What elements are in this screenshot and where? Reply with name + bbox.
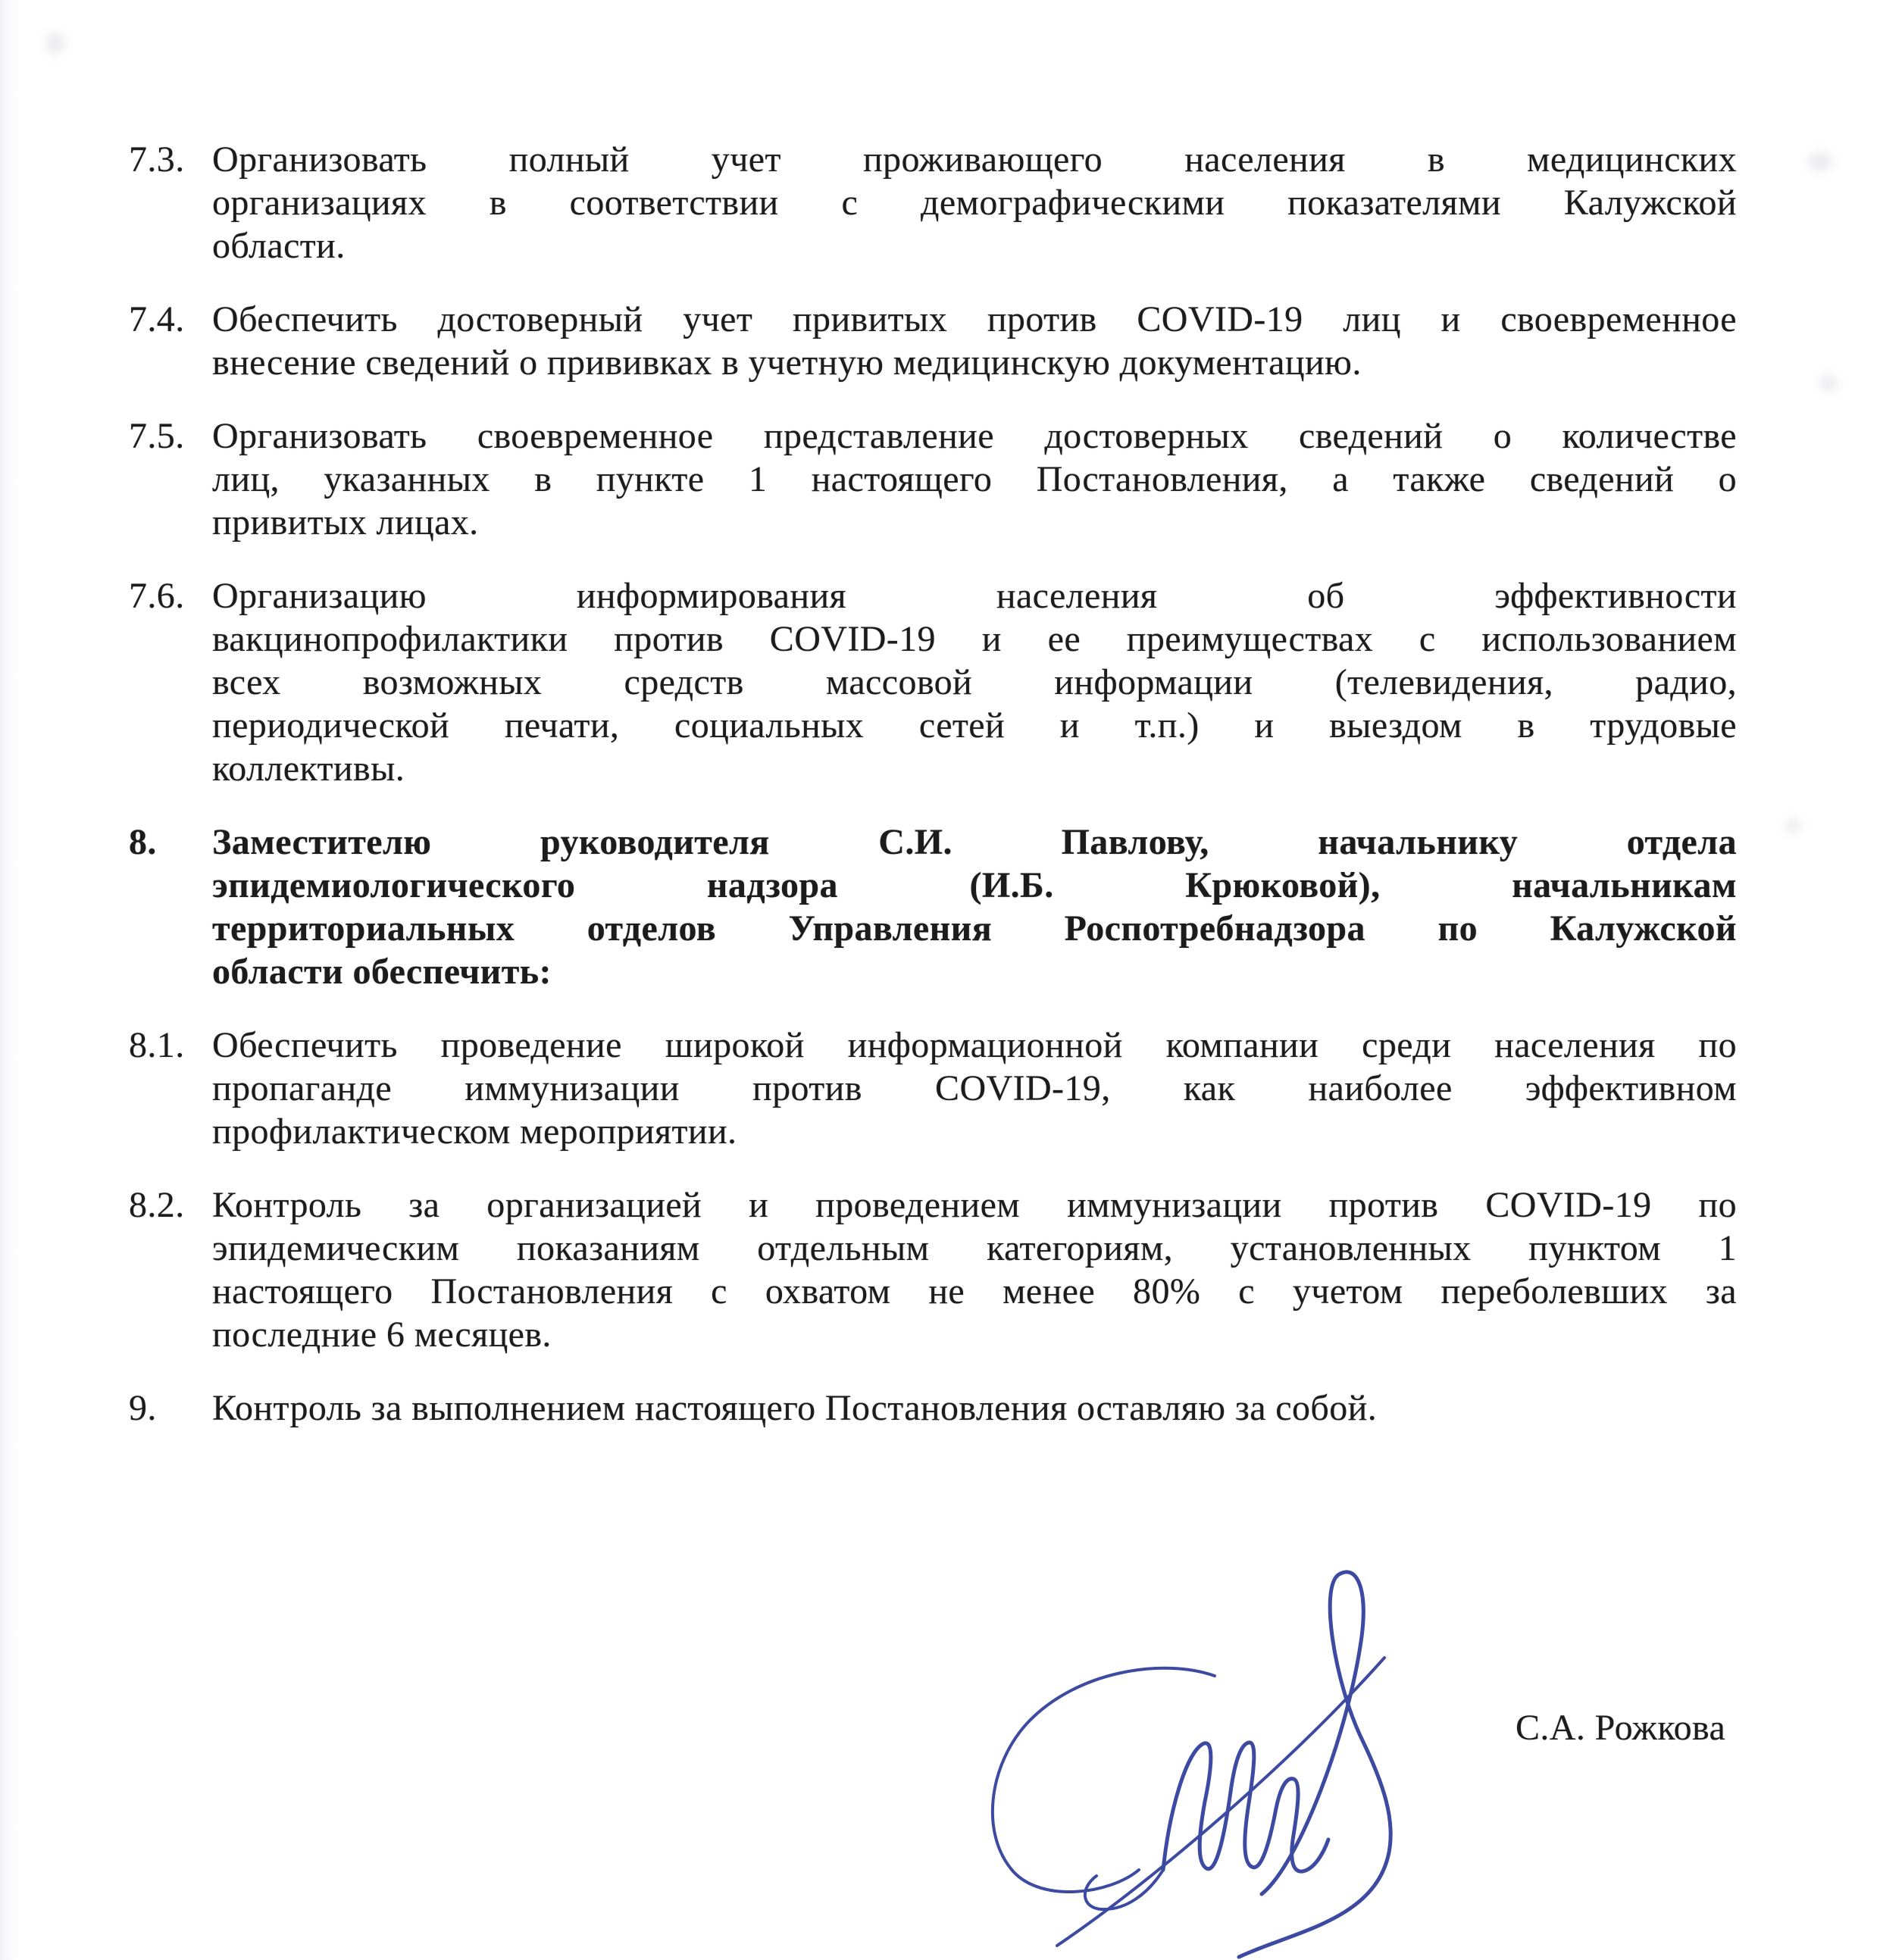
scanned-document-page: 7.3.Организовать полный учет проживающег… — [0, 0, 1880, 1960]
paragraph-line: Обеспечить достоверный учет привитых про… — [212, 298, 1737, 341]
paragraph-number: 7.6. — [129, 574, 212, 617]
paragraph-line: Заместителю руководителя С.И. Павлову, н… — [212, 821, 1737, 864]
paragraph-line: настоящего Постановления с охватом не ме… — [212, 1270, 1737, 1313]
paragraph-8.2: 8.2.Контроль за организацией и проведени… — [129, 1183, 1752, 1356]
paragraph-number: 7.4. — [129, 298, 212, 341]
paragraph-line: Контроль за выполнением настоящего Поста… — [212, 1386, 1737, 1430]
paragraph-text: Контроль за организацией и проведением и… — [212, 1183, 1737, 1356]
paragraph-line: пропаганде иммунизации против COVID-19, … — [212, 1067, 1737, 1110]
paragraph-number: 8.2. — [129, 1183, 212, 1227]
paragraph-7.4: 7.4.Обеспечить достоверный учет привитых… — [129, 298, 1752, 384]
paragraph-text: Организовать полный учет проживающего на… — [212, 138, 1737, 267]
scan-edge-shadow — [0, 0, 20, 1960]
paragraph-8.1: 8.1.Обеспечить проведение широкой информ… — [129, 1024, 1752, 1153]
paragraph-7.5: 7.5.Организовать своевременное представл… — [129, 414, 1752, 544]
scan-smudge — [1785, 818, 1801, 833]
paragraph-line: Организовать своевременное представление… — [212, 414, 1737, 458]
paragraph-line: Обеспечить проведение широкой информацио… — [212, 1024, 1737, 1067]
paragraph-text: Контроль за выполнением настоящего Поста… — [212, 1386, 1737, 1430]
paragraph-line: Организовать полный учет проживающего на… — [212, 138, 1737, 181]
paragraph-7.3: 7.3.Организовать полный учет проживающег… — [129, 138, 1752, 267]
document-body: 7.3.Организовать полный учет проживающег… — [129, 138, 1752, 1460]
paragraph-text: Заместителю руководителя С.И. Павлову, н… — [212, 821, 1737, 993]
scan-smudge — [1807, 152, 1833, 171]
paragraph-line: Контроль за организацией и проведением и… — [212, 1183, 1737, 1227]
paragraph-number: 8.1. — [129, 1024, 212, 1067]
scan-smudge — [1819, 375, 1838, 392]
paragraph-number: 7.5. — [129, 414, 212, 458]
paragraph-number: 8. — [129, 821, 212, 864]
paragraph-text: Организацию информирования населения об … — [212, 574, 1737, 790]
paragraph-line: всех возможных средств массовой информац… — [212, 661, 1737, 704]
paragraph-text: Организовать своевременное представление… — [212, 414, 1737, 544]
paragraph-line: лиц, указанных в пункте 1 настоящего Пос… — [212, 458, 1737, 501]
signatory-name: С.А. Рожкова — [1516, 1706, 1725, 1749]
paragraph-line: периодической печати, социальных сетей и… — [212, 704, 1737, 747]
signature-block — [936, 1538, 1519, 1960]
paragraph-line: Организацию информирования населения об … — [212, 574, 1737, 617]
paragraph-line: организациях в соответствии с демографич… — [212, 181, 1737, 224]
paragraph-line: области. — [212, 224, 1737, 267]
paragraph-9: 9.Контроль за выполнением настоящего Пос… — [129, 1386, 1752, 1430]
paragraph-line: последние 6 месяцев. — [212, 1313, 1737, 1356]
paragraph-text: Обеспечить достоверный учет привитых про… — [212, 298, 1737, 384]
handwritten-signature-icon — [936, 1538, 1519, 1960]
paragraph-line: внесение сведений о прививках в учетную … — [212, 341, 1737, 384]
paragraph-line: привитых лицах. — [212, 501, 1737, 544]
paragraph-line: эпидемиологического надзора (И.Б. Крюков… — [212, 864, 1737, 907]
paragraph-line: эпидемическим показаниям отдельным катег… — [212, 1227, 1737, 1270]
scan-smudge — [45, 32, 65, 55]
paragraph-line: вакцинопрофилактики против COVID-19 и ее… — [212, 617, 1737, 661]
paragraph-line: коллективы. — [212, 747, 1737, 790]
paragraph-line: территориальных отделов Управления Роспо… — [212, 907, 1737, 950]
paragraph-line: области обеспечить: — [212, 950, 1737, 993]
paragraph-text: Обеспечить проведение широкой информацио… — [212, 1024, 1737, 1153]
paragraph-8: 8.Заместителю руководителя С.И. Павлову,… — [129, 821, 1752, 993]
paragraph-7.6: 7.6.Организацию информирования населения… — [129, 574, 1752, 790]
paragraph-line: профилактическом мероприятии. — [212, 1110, 1737, 1153]
paragraph-number: 9. — [129, 1386, 212, 1430]
paragraph-number: 7.3. — [129, 138, 212, 181]
